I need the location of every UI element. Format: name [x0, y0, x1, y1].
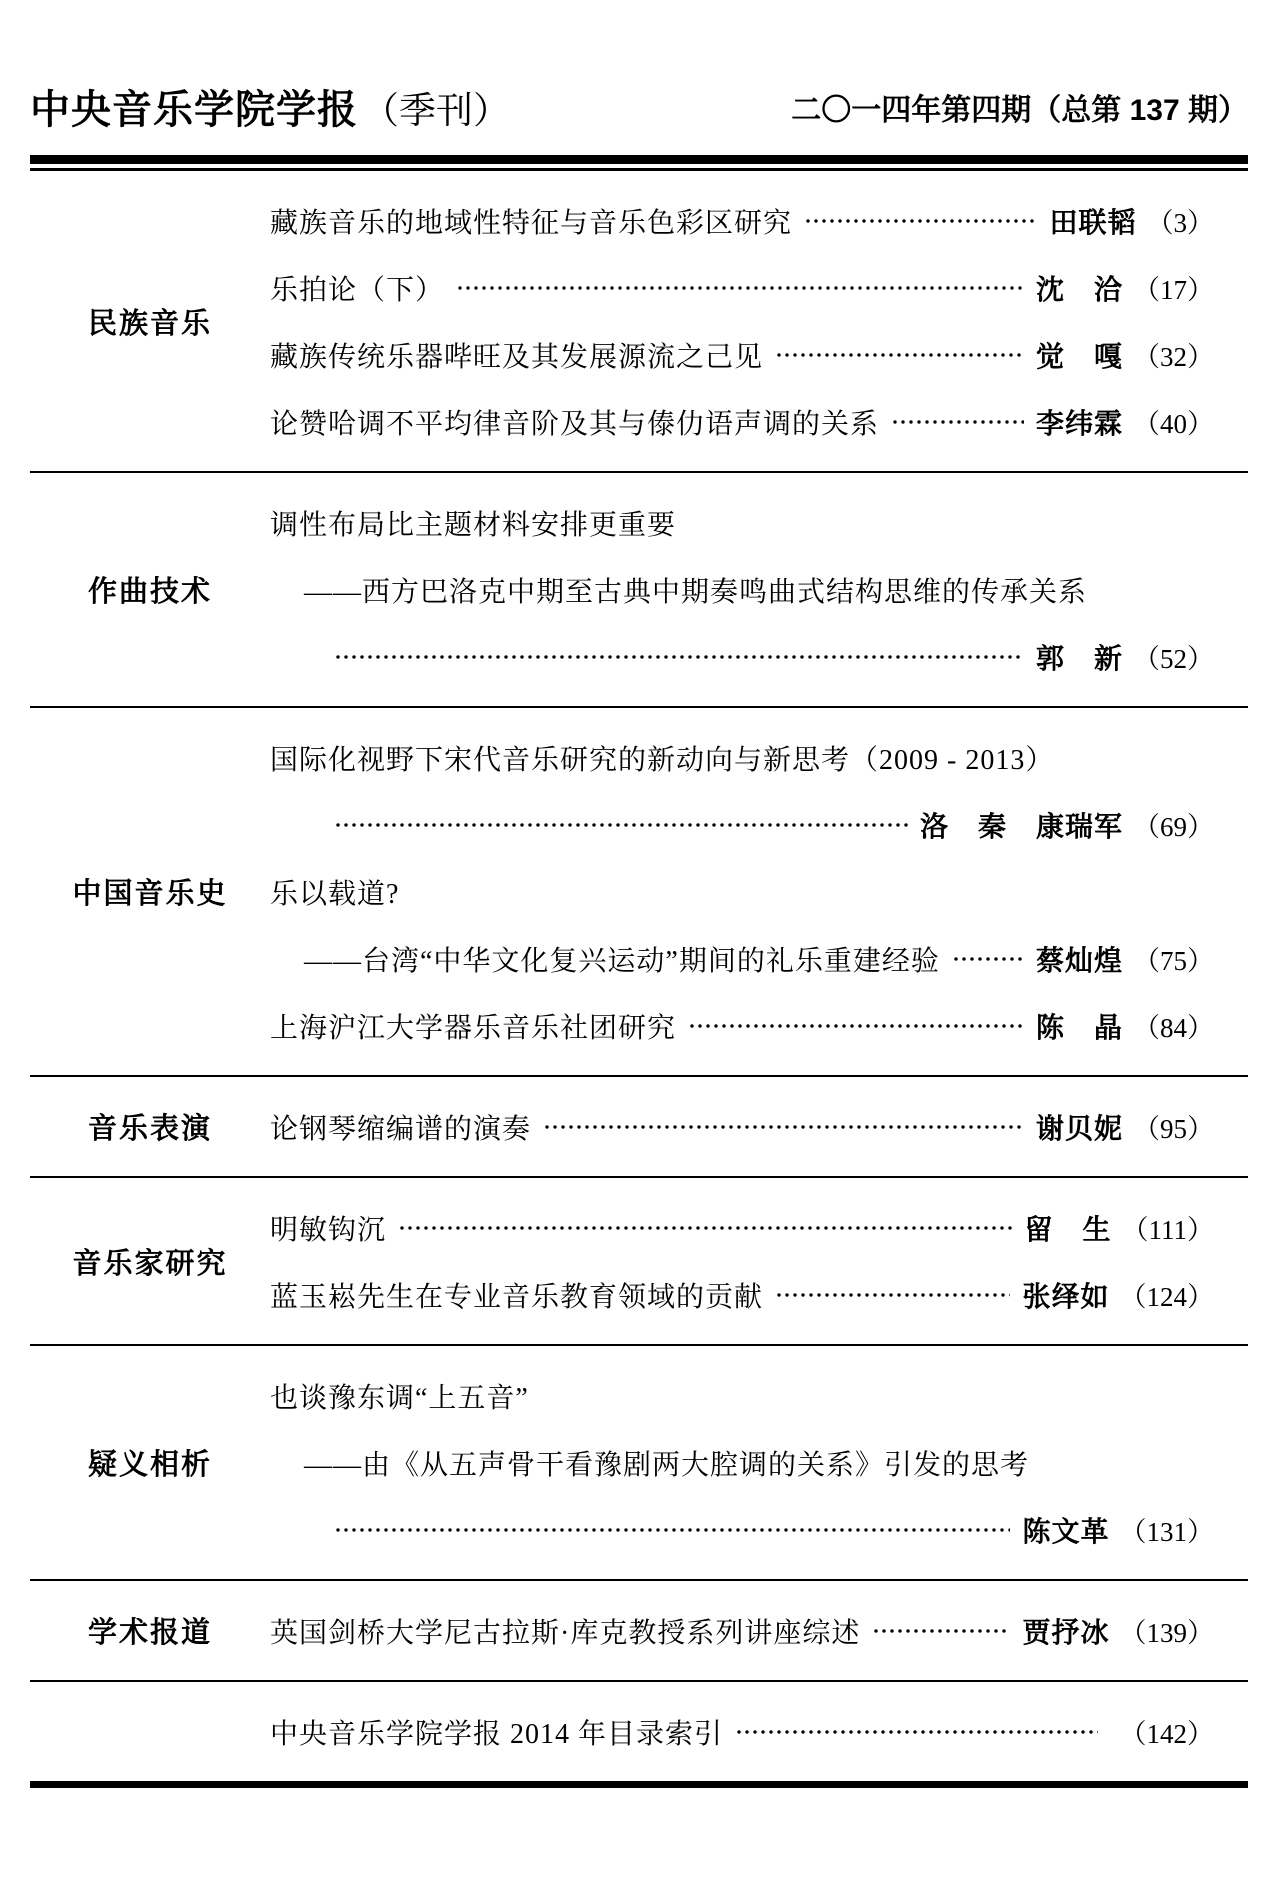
- entry-page: （75）: [1133, 939, 1214, 978]
- toc-section-index: 中央音乐学院学报 2014 年目录索引 （142）: [30, 1682, 1248, 1781]
- section-entries: 藏族音乐的地域性特征与音乐色彩区研究 田联韬 （3） 乐拍论（下） 沈 洽 （1…: [270, 187, 1248, 455]
- dot-leader: [775, 1281, 1010, 1309]
- entry-subtitle: ——西方巴洛克中期至古典中期奏鸣曲式结构思维的传承关系: [304, 570, 1087, 610]
- entry-subtitle: ——由《从五声骨干看豫剧两大腔调的关系》引发的思考: [304, 1443, 1029, 1483]
- section-label: 音乐表演: [88, 1106, 212, 1147]
- dot-leader: [688, 1012, 1024, 1040]
- toc-entry: ——台湾“中华文化复兴运动”期间的礼乐重建经验 蔡灿煌 （75）: [270, 925, 1214, 992]
- section-label-col: 疑义相析: [30, 1442, 270, 1483]
- toc-entry: 上海沪江大学器乐音乐社团研究 陈 晶 （84）: [270, 992, 1214, 1059]
- toc-entry-subtitle-line: ——西方巴洛克中期至古典中期奏鸣曲式结构思维的传承关系: [270, 556, 1214, 623]
- dot-leader: [952, 945, 1024, 973]
- entry-page: （17）: [1133, 268, 1214, 307]
- toc-entry-title-line: 乐以载道?: [270, 858, 1214, 925]
- entry-page: （139）: [1120, 1611, 1215, 1650]
- entry-page: （52）: [1133, 637, 1214, 676]
- dot-leader: [334, 811, 908, 839]
- toc-entry-author-line: 陈文革 （131）: [270, 1496, 1214, 1563]
- entry-title: 藏族传统乐器哔旺及其发展源流之己见: [270, 335, 763, 375]
- toc-entry: 乐拍论（下） 沈 洽 （17）: [270, 254, 1214, 321]
- section-entries: 也谈豫东调“上五音” ——由《从五声骨干看豫剧两大腔调的关系》引发的思考 陈文革…: [270, 1362, 1248, 1563]
- entry-author: 陈 晶: [1036, 1006, 1123, 1046]
- entry-page: （69）: [1133, 805, 1214, 844]
- dot-leader: [334, 1516, 1010, 1544]
- entry-author: 陈文革: [1022, 1510, 1109, 1550]
- issue-info: 二〇一四年第四期（总第 137 期）: [791, 85, 1248, 135]
- entry-title: 调性布局比主题材料安排更重要: [270, 503, 676, 543]
- dot-leader: [872, 1617, 1010, 1645]
- dot-leader: [398, 1214, 1012, 1242]
- toc-entry: 论赞哈调不平均律音阶及其与傣仂语声调的关系 李纬霖 （40）: [270, 388, 1214, 455]
- entry-author: 蔡灿煌: [1036, 939, 1123, 979]
- entry-title: 中央音乐学院学报 2014 年目录索引: [270, 1712, 723, 1752]
- journal-title: 中央音乐学院学报（季刊）: [30, 78, 510, 135]
- toc-entry: 明敏钩沉 留 生 （111）: [270, 1194, 1214, 1261]
- entry-title: 论钢琴缩编谱的演奏: [270, 1107, 531, 1147]
- entry-page: （124）: [1120, 1275, 1215, 1314]
- entry-title: 论赞哈调不平均律音阶及其与傣仂语声调的关系: [270, 402, 879, 442]
- section-label-col: 学术报道: [30, 1610, 270, 1651]
- section-entries: 论钢琴缩编谱的演奏 谢贝妮 （95）: [270, 1093, 1248, 1160]
- section-label-col: 中国音乐史: [30, 871, 270, 912]
- toc-entry: 藏族传统乐器哔旺及其发展源流之己见 觉 嘎 （32）: [270, 321, 1214, 388]
- section-entries: 英国剑桥大学尼古拉斯·库克教授系列讲座综述 贾抒冰 （139）: [270, 1597, 1248, 1664]
- toc-entry: 论钢琴缩编谱的演奏 谢贝妮 （95）: [270, 1093, 1214, 1160]
- section-entries: 中央音乐学院学报 2014 年目录索引 （142）: [270, 1698, 1248, 1765]
- toc-entry-subtitle-line: ——由《从五声骨干看豫剧两大腔调的关系》引发的思考: [270, 1429, 1214, 1496]
- journal-toc-page: 中央音乐学院学报（季刊） 二〇一四年第四期（总第 137 期） 民族音乐 藏族音…: [0, 0, 1278, 1878]
- toc-section-minzu-yinyue: 民族音乐 藏族音乐的地域性特征与音乐色彩区研究 田联韬 （3） 乐拍论（下） 沈…: [30, 171, 1248, 471]
- dot-leader: [334, 643, 1024, 671]
- entry-page: （111）: [1122, 1208, 1215, 1247]
- toc-entry-author-line: 洛 秦 康瑞军 （69）: [270, 791, 1214, 858]
- section-label-col: 音乐表演: [30, 1106, 270, 1147]
- section-label-col: 音乐家研究: [30, 1241, 270, 1282]
- section-label: 中国音乐史: [72, 871, 227, 912]
- entry-page: （32）: [1133, 335, 1214, 374]
- section-label-col: 民族音乐: [30, 301, 270, 342]
- section-entries: 国际化视野下宋代音乐研究的新动向与新思考（2009 - 2013） 洛 秦 康瑞…: [270, 724, 1248, 1059]
- entry-author: 田联韬: [1049, 201, 1136, 241]
- entry-author: 贾抒冰: [1022, 1611, 1109, 1651]
- entry-page: （95）: [1133, 1107, 1214, 1146]
- entry-title: 明敏钩沉: [270, 1208, 386, 1248]
- header-rule-thick: [30, 155, 1248, 164]
- dot-leader: [804, 207, 1037, 235]
- dot-leader: [735, 1718, 1097, 1746]
- entry-title: 乐拍论（下）: [270, 268, 444, 308]
- toc-entry-title-line: 国际化视野下宋代音乐研究的新动向与新思考（2009 - 2013）: [270, 724, 1214, 791]
- dot-leader: [891, 408, 1024, 436]
- section-label: 音乐家研究: [72, 1241, 227, 1282]
- entry-title: 藏族音乐的地域性特征与音乐色彩区研究: [270, 201, 792, 241]
- entry-author: 张绎如: [1022, 1275, 1109, 1315]
- entry-author: 沈 洽: [1036, 268, 1123, 308]
- entry-author: 洛 秦 康瑞军: [920, 805, 1123, 845]
- entry-title: 也谈豫东调“上五音”: [270, 1376, 529, 1416]
- entry-page: （40）: [1133, 402, 1214, 441]
- entry-page: （84）: [1133, 1006, 1214, 1045]
- section-entries: 明敏钩沉 留 生 （111） 蓝玉崧先生在专业音乐教育领域的贡献 张绎如 （12…: [270, 1194, 1248, 1328]
- section-entries: 调性布局比主题材料安排更重要 ——西方巴洛克中期至古典中期奏鸣曲式结构思维的传承…: [270, 489, 1248, 690]
- toc-section-xueshu-baodao: 学术报道 英国剑桥大学尼古拉斯·库克教授系列讲座综述 贾抒冰 （139）: [30, 1581, 1248, 1680]
- entry-title: 英国剑桥大学尼古拉斯·库克教授系列讲座综述: [270, 1611, 860, 1651]
- journal-title-main: 中央音乐学院学报: [30, 88, 358, 132]
- toc-section-yiyi-xiangxi: 疑义相析 也谈豫东调“上五音” ——由《从五声骨干看豫剧两大腔调的关系》引发的思…: [30, 1346, 1248, 1579]
- toc-entry-author-line: 郭 新 （52）: [270, 623, 1214, 690]
- entry-title: 蓝玉崧先生在专业音乐教育领域的贡献: [270, 1275, 763, 1315]
- dot-leader: [543, 1113, 1024, 1141]
- section-label: 民族音乐: [88, 301, 212, 342]
- entry-page: （3）: [1147, 201, 1215, 240]
- toc-entry-title-line: 也谈豫东调“上五音”: [270, 1362, 1214, 1429]
- toc-section-zhongguo-yinyueshi: 中国音乐史 国际化视野下宋代音乐研究的新动向与新思考（2009 - 2013） …: [30, 708, 1248, 1075]
- dot-leader: [775, 341, 1024, 369]
- entry-title: 上海沪江大学器乐音乐社团研究: [270, 1006, 676, 1046]
- toc-entry: 中央音乐学院学报 2014 年目录索引 （142）: [270, 1698, 1214, 1765]
- footer-rule: [30, 1781, 1248, 1788]
- section-label-col: 作曲技术: [30, 569, 270, 610]
- section-label: 学术报道: [88, 1610, 212, 1651]
- journal-title-subtitle: （季刊）: [362, 91, 510, 132]
- entry-author: 李纬霖: [1036, 402, 1123, 442]
- entry-page: （142）: [1120, 1712, 1215, 1751]
- entry-title: 乐以载道?: [270, 872, 399, 912]
- dot-leader: [456, 274, 1024, 302]
- toc-entry: 藏族音乐的地域性特征与音乐色彩区研究 田联韬 （3）: [270, 187, 1214, 254]
- toc-entry: 蓝玉崧先生在专业音乐教育领域的贡献 张绎如 （124）: [270, 1261, 1214, 1328]
- toc-section-yinyue-biaoyan: 音乐表演 论钢琴缩编谱的演奏 谢贝妮 （95）: [30, 1077, 1248, 1176]
- entry-subtitle: ——台湾“中华文化复兴运动”期间的礼乐重建经验: [304, 939, 940, 979]
- toc-section-zuoqu-jishu: 作曲技术 调性布局比主题材料安排更重要 ——西方巴洛克中期至古典中期奏鸣曲式结构…: [30, 473, 1248, 706]
- entry-title: 国际化视野下宋代音乐研究的新动向与新思考（2009 - 2013）: [270, 738, 1054, 778]
- entry-page: （131）: [1120, 1510, 1215, 1549]
- entry-author: 觉 嘎: [1036, 335, 1123, 375]
- entry-author: 留 生: [1024, 1208, 1111, 1248]
- entry-author: 郭 新: [1036, 637, 1123, 677]
- toc-entry-title-line: 调性布局比主题材料安排更重要: [270, 489, 1214, 556]
- section-label: 作曲技术: [88, 569, 212, 610]
- page-header: 中央音乐学院学报（季刊） 二〇一四年第四期（总第 137 期）: [30, 78, 1248, 135]
- section-label: 疑义相析: [88, 1442, 212, 1483]
- toc-section-yinyuejia-yanjiu: 音乐家研究 明敏钩沉 留 生 （111） 蓝玉崧先生在专业音乐教育领域的贡献 张…: [30, 1178, 1248, 1344]
- entry-author: 谢贝妮: [1036, 1107, 1123, 1147]
- toc-entry: 英国剑桥大学尼古拉斯·库克教授系列讲座综述 贾抒冰 （139）: [270, 1597, 1214, 1664]
